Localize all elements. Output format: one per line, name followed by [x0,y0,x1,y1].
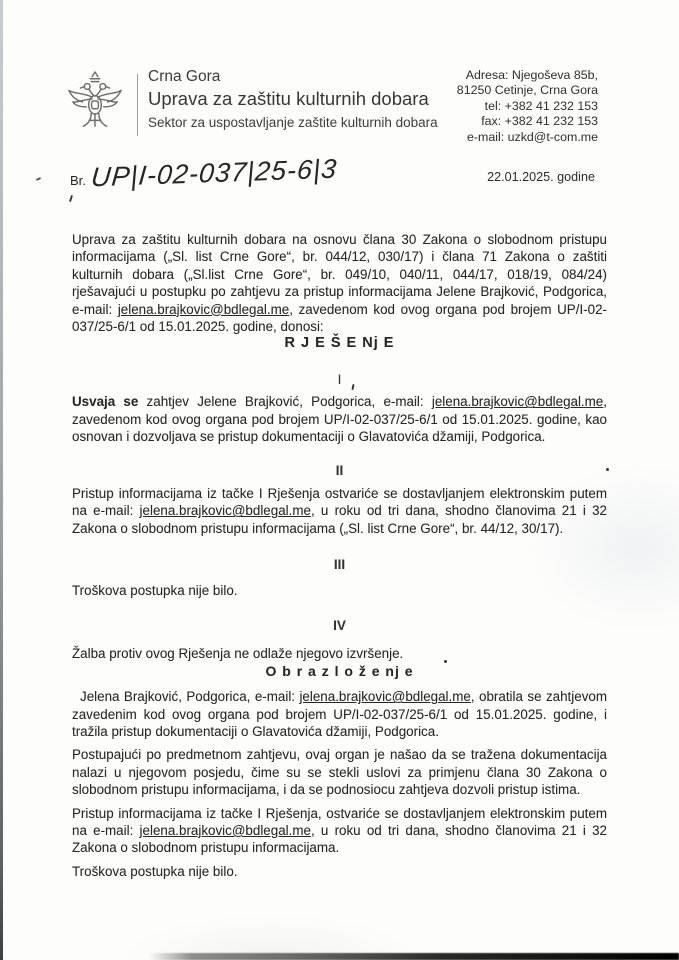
scanned-document-page: Crna Gora Uprava za zaštitu kulturnih do… [0,0,679,960]
header-country: Crna Gora [148,68,220,86]
intro-paragraph: Uprava za zaštitu kulturnih dobara na os… [72,231,607,335]
montenegro-coat-of-arms-icon [64,68,126,139]
section-1-text: zahtjev Jelene Brajković, Podgorica, e-m… [138,394,432,409]
section-2-numeral: II [72,462,607,479]
header-organization: Uprava za zaštitu kulturnih dobara [148,88,429,110]
applicant-email: jelena.brajkovic@bdlegal.me [140,503,311,518]
scan-edge-strip [0,0,3,960]
reference-number-label: Br. [70,173,86,188]
applicant-email: jelena.brajkovic@bdlegal.me [118,302,289,317]
contact-city-line: 81250 Cetinje, Crna Gora [457,83,598,98]
contact-email-line: e-mail: uzkd@t-com.me [457,130,598,145]
rationale-paragraph-2: Postupajući po predmetnom zahtjevu, ovaj… [72,746,607,798]
contact-address-line: Adresa: Njegoševa 85b, [457,68,598,83]
header-divider [137,74,138,136]
header-sector: Sektor za uspostavljanje zaštite kulturn… [148,115,438,130]
section-1-lead: Usvaja se [72,394,138,409]
section-2-paragraph: Pristup informacijama iz tačke I Rješenj… [72,485,607,537]
rationale-paragraph-1: Jelena Brajković, Podgorica, e-mail: jel… [72,688,607,740]
document-date: 22.01.2025. godine [487,170,595,184]
scan-bottom-shadow [150,953,679,960]
section-4-paragraph: Žalba protiv ovog Rješenja ne odlaže nje… [72,645,607,662]
applicant-email: jelena.brajkovic@bdlegal.me [140,823,311,838]
rationale-1-text: Jelena Brajković, Podgorica, e-mail: [80,689,299,704]
section-1-paragraph: Usvaja se zahtjev Jelene Brajković, Podg… [72,393,607,445]
contact-tel-line: tel: +382 41 232 153 [457,99,598,114]
section-3-numeral: III [72,556,607,573]
handwritten-case-number: UP|I-02-037|25-6|3 [90,154,339,194]
section-3-paragraph: Troškova postupka nije bilo. [72,582,607,599]
rationale-paragraph-3: Pristup informacijama iz tačke I Rješenj… [72,805,607,857]
contact-fax-line: fax: +382 41 232 153 [457,114,598,129]
applicant-email: jelena.brajkovic@bdlegal.me [299,689,470,704]
rationale-paragraph-4: Troškova postupka nije bilo. [72,863,607,880]
document-body: Uprava za zaštitu kulturnih dobara na os… [72,231,607,880]
reference-row: Br. UP|I-02-037|25-6|3 22.01.2025. godin… [64,160,679,210]
rationale-heading: O b r a z l o ž e nj e [72,663,607,680]
applicant-email: jelena.brajkovic@bdlegal.me [432,394,603,409]
decision-title: R J E Š E Nj E [72,335,607,352]
section-4-numeral: IV [72,617,607,634]
section-1-numeral: I [72,371,607,388]
contact-block: Adresa: Njegoševa 85b, 81250 Cetinje, Cr… [457,68,598,145]
scan-artifact [36,177,41,181]
